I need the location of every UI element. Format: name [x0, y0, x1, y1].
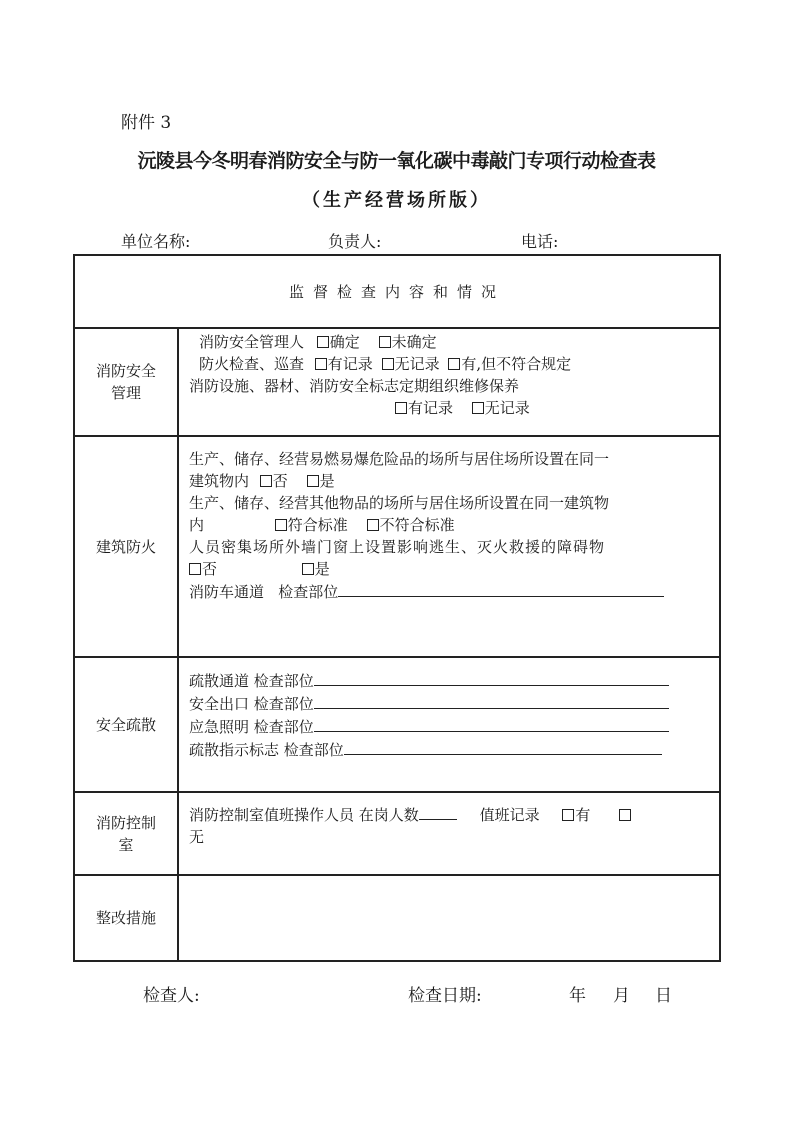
- option-label: 有: [575, 806, 590, 824]
- item-text: 内: [189, 516, 204, 534]
- row-label-line: 室: [75, 834, 177, 856]
- row-label-rectification-measures: 整改措施: [74, 875, 178, 961]
- row-label-line: 消防安全: [75, 360, 177, 382]
- option-label: 未确定: [392, 333, 437, 351]
- checkbox[interactable]: [395, 402, 407, 414]
- option-label: 无: [189, 826, 713, 848]
- table-row: 安全疏散 疏散通道 检查部位 安全出口 检查部位 应急照明 检查部位 疏散指示标…: [74, 657, 720, 792]
- checkbox[interactable]: [382, 358, 394, 370]
- document-subtitle: （生产经营场所版）: [0, 186, 793, 212]
- checkbox[interactable]: [472, 402, 484, 414]
- option-label: 确定: [330, 333, 360, 351]
- inspector-label: 检查人:: [143, 981, 200, 1006]
- staff-count-field[interactable]: [419, 803, 457, 820]
- option-label: 有,但不符合规定: [461, 355, 571, 373]
- item-text: 疏散指示标志 检查部位: [189, 741, 344, 759]
- inspection-location-field[interactable]: [338, 580, 664, 597]
- checkbox[interactable]: [302, 563, 314, 575]
- table-row: 消防控制 室 消防控制室值班操作人员 在岗人数 值班记录 有 无: [74, 792, 720, 875]
- table-header: 监督检查内容和情况: [74, 255, 720, 328]
- day-label: 日: [655, 981, 672, 1006]
- inspection-date-label: 检查日期:: [408, 981, 482, 1006]
- row-content-fire-safety-management: 消防安全管理人 确定 未确定 防火检查、巡查 有记录 无记录 有,但不符合规定 …: [178, 328, 720, 436]
- inspection-location-field[interactable]: [314, 715, 669, 732]
- checkbox[interactable]: [317, 336, 329, 348]
- phone-label: 电话:: [521, 229, 558, 252]
- table-row: 整改措施: [74, 875, 720, 961]
- unit-name-label: 单位名称:: [121, 229, 190, 252]
- attachment-label: 附件 3: [121, 108, 171, 133]
- rectification-measures-field[interactable]: [178, 875, 720, 961]
- checkbox[interactable]: [189, 563, 201, 575]
- checkbox[interactable]: [307, 475, 319, 487]
- row-content-building-fire-prevention: 生产、储存、经营易燃易爆危险品的场所与居住场所设置在同一 建筑物内 否 是 生产…: [178, 436, 720, 657]
- item-text: 疏散通道 检查部位: [189, 672, 314, 690]
- item-text: 消防安全管理人: [199, 333, 304, 351]
- option-label: 否: [273, 472, 288, 490]
- item-text: 消防控制室值班操作人员 在岗人数: [189, 806, 419, 824]
- checkbox[interactable]: [367, 519, 379, 531]
- item-text: 应急照明 检查部位: [189, 718, 314, 736]
- person-in-charge-label: 负责人:: [328, 229, 381, 252]
- option-label: 是: [320, 472, 335, 490]
- year-label: 年: [569, 981, 586, 1006]
- document-title: 沅陵县今冬明春消防安全与防一氧化碳中毒敲门专项行动检查表: [0, 146, 793, 173]
- item-text: 建筑物内: [189, 472, 249, 490]
- checkbox[interactable]: [315, 358, 327, 370]
- checkbox[interactable]: [562, 809, 574, 821]
- item-text: 消防车通道 检查部位: [189, 583, 338, 601]
- checkbox[interactable]: [275, 519, 287, 531]
- row-label-safe-evacuation: 安全疏散: [74, 657, 178, 792]
- table-row: 建筑防火 生产、储存、经营易燃易爆危险品的场所与居住场所设置在同一 建筑物内 否…: [74, 436, 720, 657]
- row-content-safe-evacuation: 疏散通道 检查部位 安全出口 检查部位 应急照明 检查部位 疏散指示标志 检查部…: [178, 657, 720, 792]
- row-label-fire-safety-management: 消防安全 管理: [74, 328, 178, 436]
- option-label: 有记录: [328, 355, 373, 373]
- checkbox[interactable]: [448, 358, 460, 370]
- row-label-building-fire-prevention: 建筑防火: [74, 436, 178, 657]
- item-text: 安全出口 检查部位: [189, 695, 314, 713]
- inspection-table: 监督检查内容和情况 消防安全 管理 消防安全管理人 确定 未确定 防火检查、巡查…: [73, 254, 721, 962]
- option-label: 是: [315, 560, 330, 578]
- option-label: 有记录: [408, 399, 453, 417]
- checkbox[interactable]: [619, 809, 631, 821]
- row-label-fire-control-room: 消防控制 室: [74, 792, 178, 875]
- item-text: 消防设施、器材、消防安全标志定期组织维修保养: [189, 377, 519, 395]
- item-text: 防火检查、巡查: [199, 355, 304, 373]
- item-text: 生产、储存、经营易燃易爆危险品的场所与居住场所设置在同一: [189, 448, 713, 470]
- row-content-fire-control-room: 消防控制室值班操作人员 在岗人数 值班记录 有 无: [178, 792, 720, 875]
- option-label: 无记录: [395, 355, 440, 373]
- option-label: 符合标准: [288, 516, 348, 534]
- option-label: 无记录: [485, 399, 530, 417]
- item-text: 值班记录: [480, 806, 540, 824]
- item-text: 人员密集场所外墙门窗上设置影响逃生、灭火救援的障碍物: [189, 536, 713, 558]
- inspection-location-field[interactable]: [344, 738, 662, 755]
- inspection-location-field[interactable]: [314, 669, 669, 686]
- inspection-location-field[interactable]: [314, 692, 669, 709]
- row-label-line: 消防控制: [75, 812, 177, 834]
- checkbox[interactable]: [260, 475, 272, 487]
- row-label-line: 管理: [75, 382, 177, 404]
- month-label: 月: [613, 981, 630, 1006]
- checkbox[interactable]: [379, 336, 391, 348]
- item-text: 生产、储存、经营其他物品的场所与居住场所设置在同一建筑物: [189, 492, 713, 514]
- option-label: 否: [202, 560, 217, 578]
- option-label: 不符合标准: [380, 516, 455, 534]
- table-row: 消防安全 管理 消防安全管理人 确定 未确定 防火检查、巡查 有记录 无记录 有…: [74, 328, 720, 436]
